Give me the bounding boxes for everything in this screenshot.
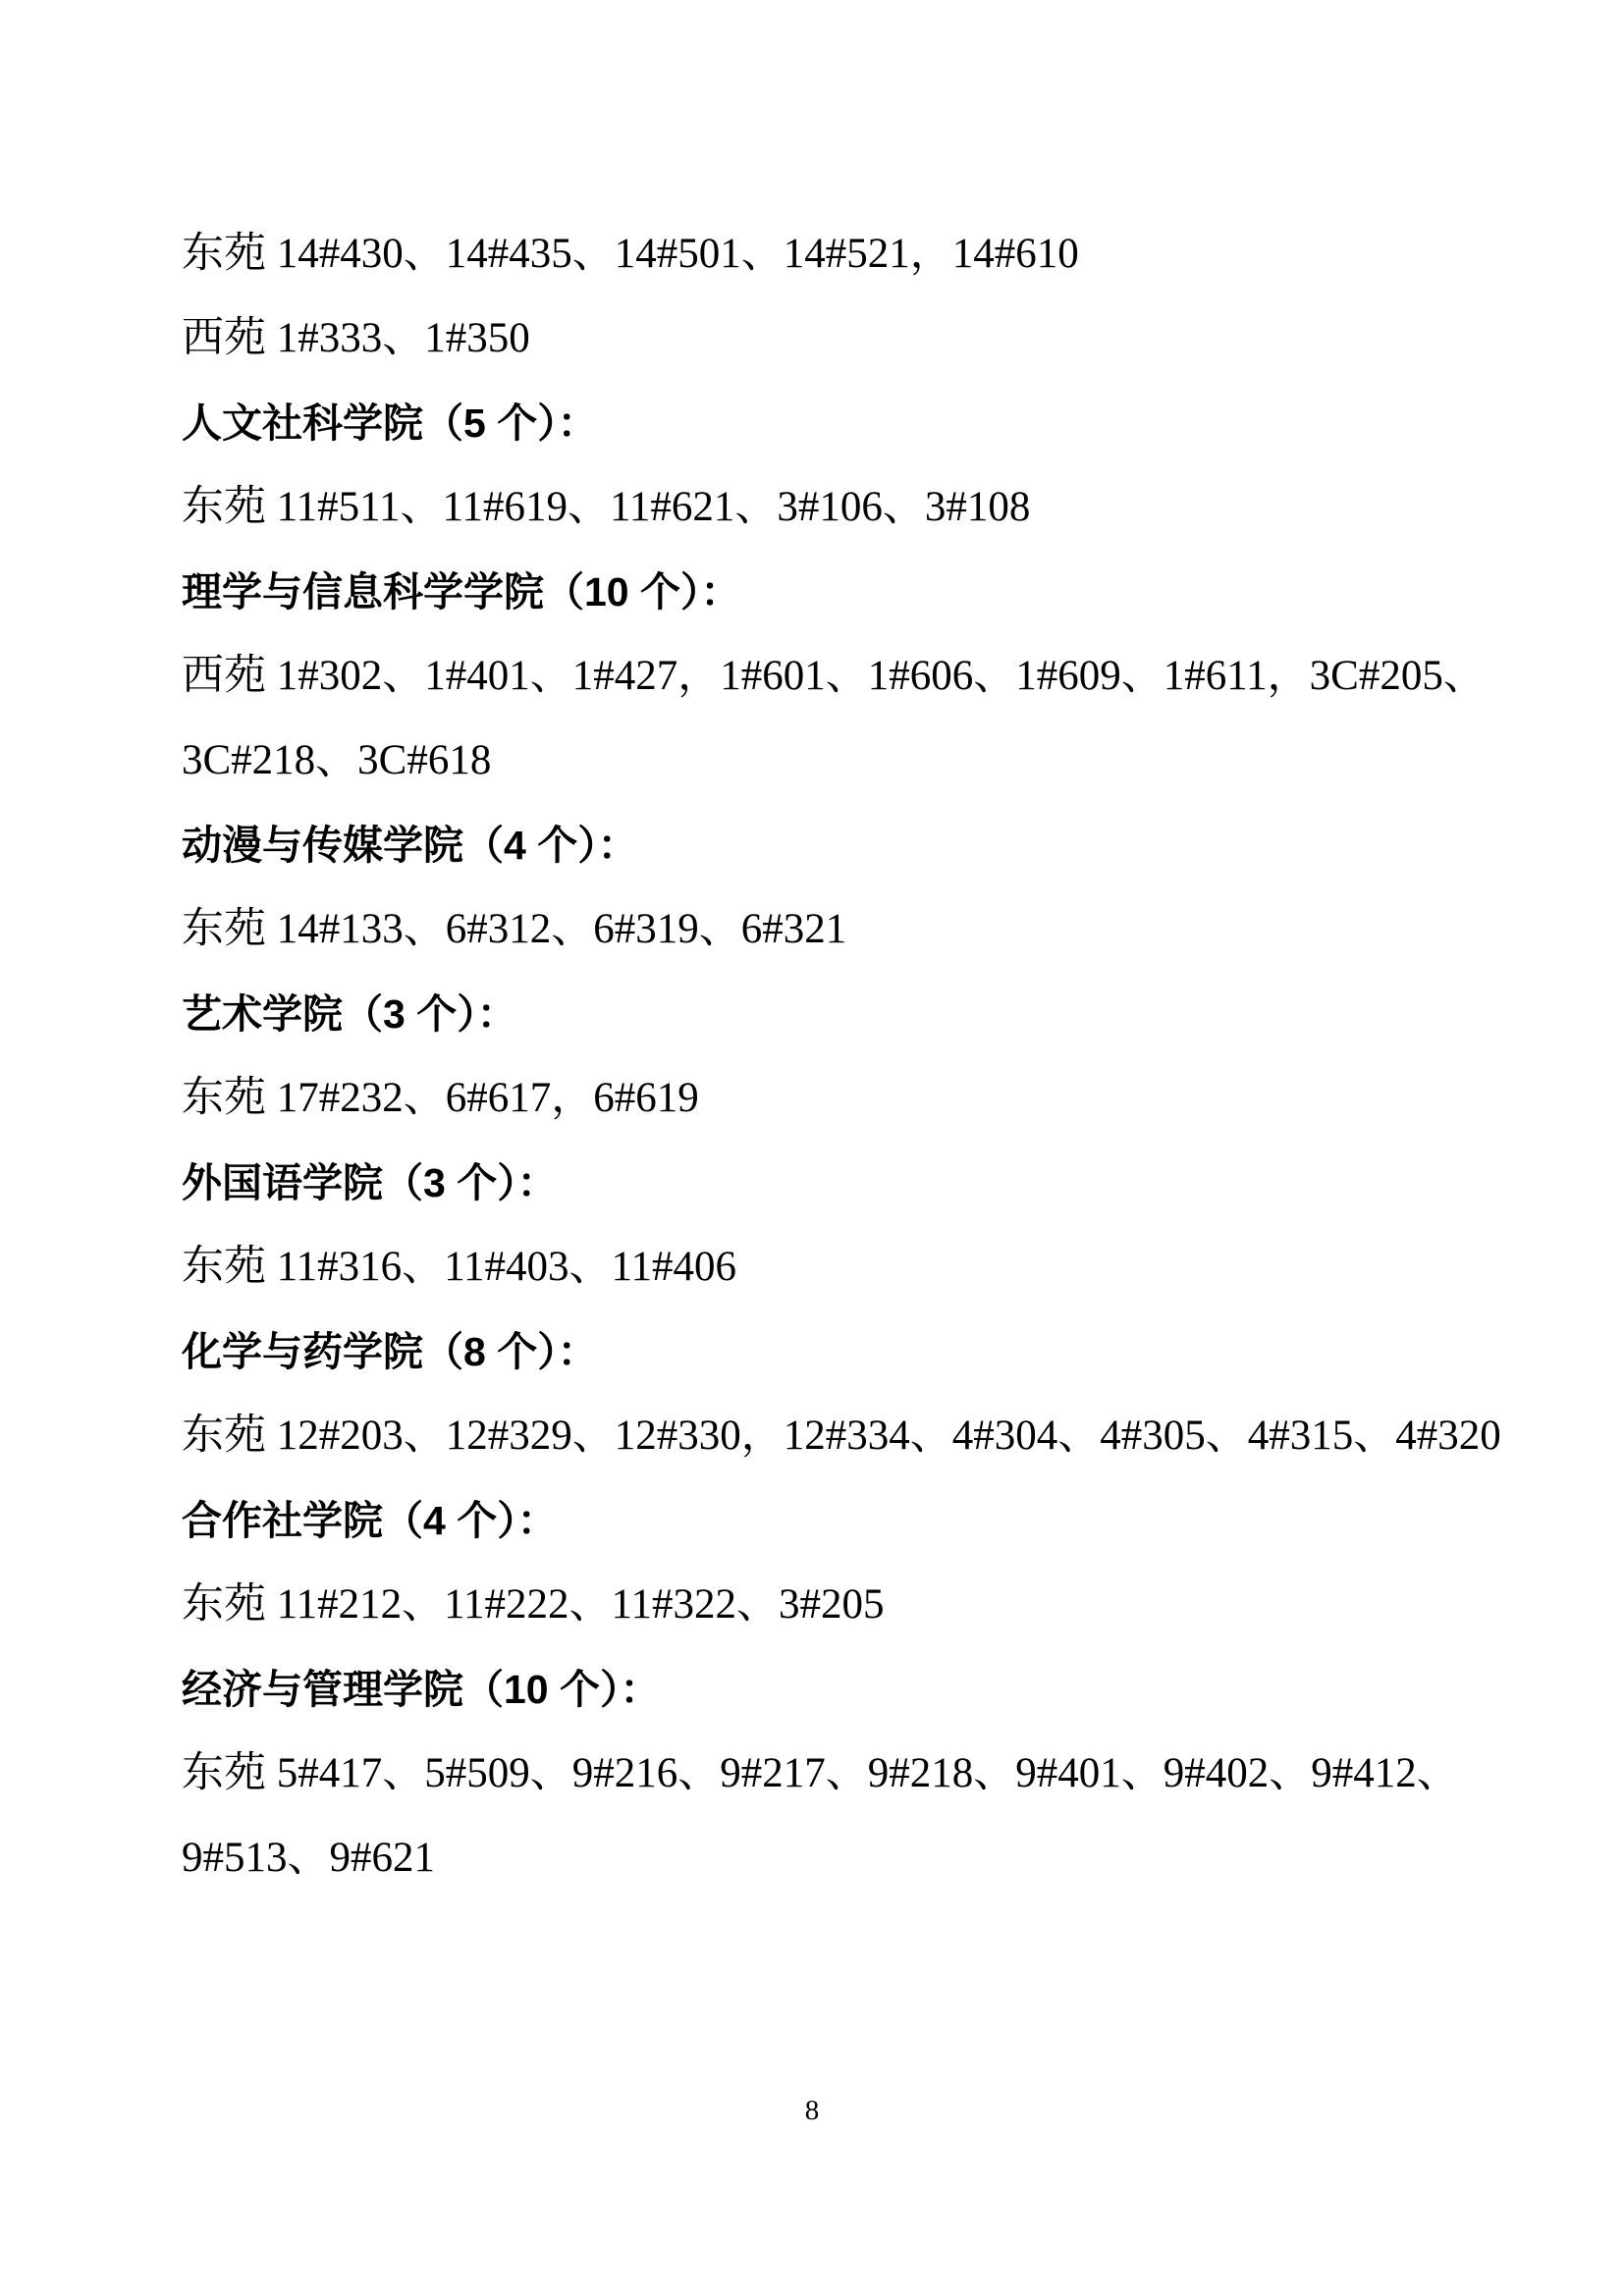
text-line: 西苑 1#302、1#401、1#427，1#601、1#606、1#609、1…: [182, 634, 1478, 719]
section-heading: 人文社科学院（5 个）：: [182, 381, 1478, 465]
section-heading: 化学与药学院（8 个）：: [182, 1309, 1478, 1394]
text-line: 东苑 5#417、5#509、9#216、9#217、9#218、9#401、9…: [182, 1732, 1478, 1816]
document-page: 东苑 14#430、14#435、14#501、14#521，14#610西苑 …: [0, 0, 1624, 2296]
text-line: 9#513、9#621: [182, 1816, 1478, 1900]
page-number: 8: [0, 2095, 1624, 2127]
section-heading: 艺术学院（3 个）：: [182, 972, 1478, 1056]
text-line: 3C#218、3C#618: [182, 719, 1478, 803]
text-line: 东苑 11#212、11#222、11#322、3#205: [182, 1563, 1478, 1647]
text-line: 东苑 14#430、14#435、14#501、14#521，14#610: [182, 212, 1478, 296]
text-line: 东苑 12#203、12#329、12#330，12#334、4#304、4#3…: [182, 1394, 1478, 1478]
section-heading: 外国语学院（3 个）：: [182, 1141, 1478, 1225]
text-line: 东苑 17#232、6#617，6#619: [182, 1056, 1478, 1141]
text-line: 东苑 11#316、11#403、11#406: [182, 1225, 1478, 1309]
section-heading: 经济与管理学院（10 个）：: [182, 1647, 1478, 1732]
section-heading: 理学与信息科学学院（10 个）：: [182, 550, 1478, 634]
section-heading: 合作社学院（4 个）：: [182, 1478, 1478, 1563]
section-heading: 动漫与传媒学院（4 个）：: [182, 803, 1478, 887]
text-line: 东苑 14#133、6#312、6#319、6#321: [182, 887, 1478, 972]
text-line: 西苑 1#333、1#350: [182, 296, 1478, 381]
text-line: 东苑 11#511、11#619、11#621、3#106、3#108: [182, 465, 1478, 550]
document-content: 东苑 14#430、14#435、14#501、14#521，14#610西苑 …: [182, 212, 1478, 1900]
